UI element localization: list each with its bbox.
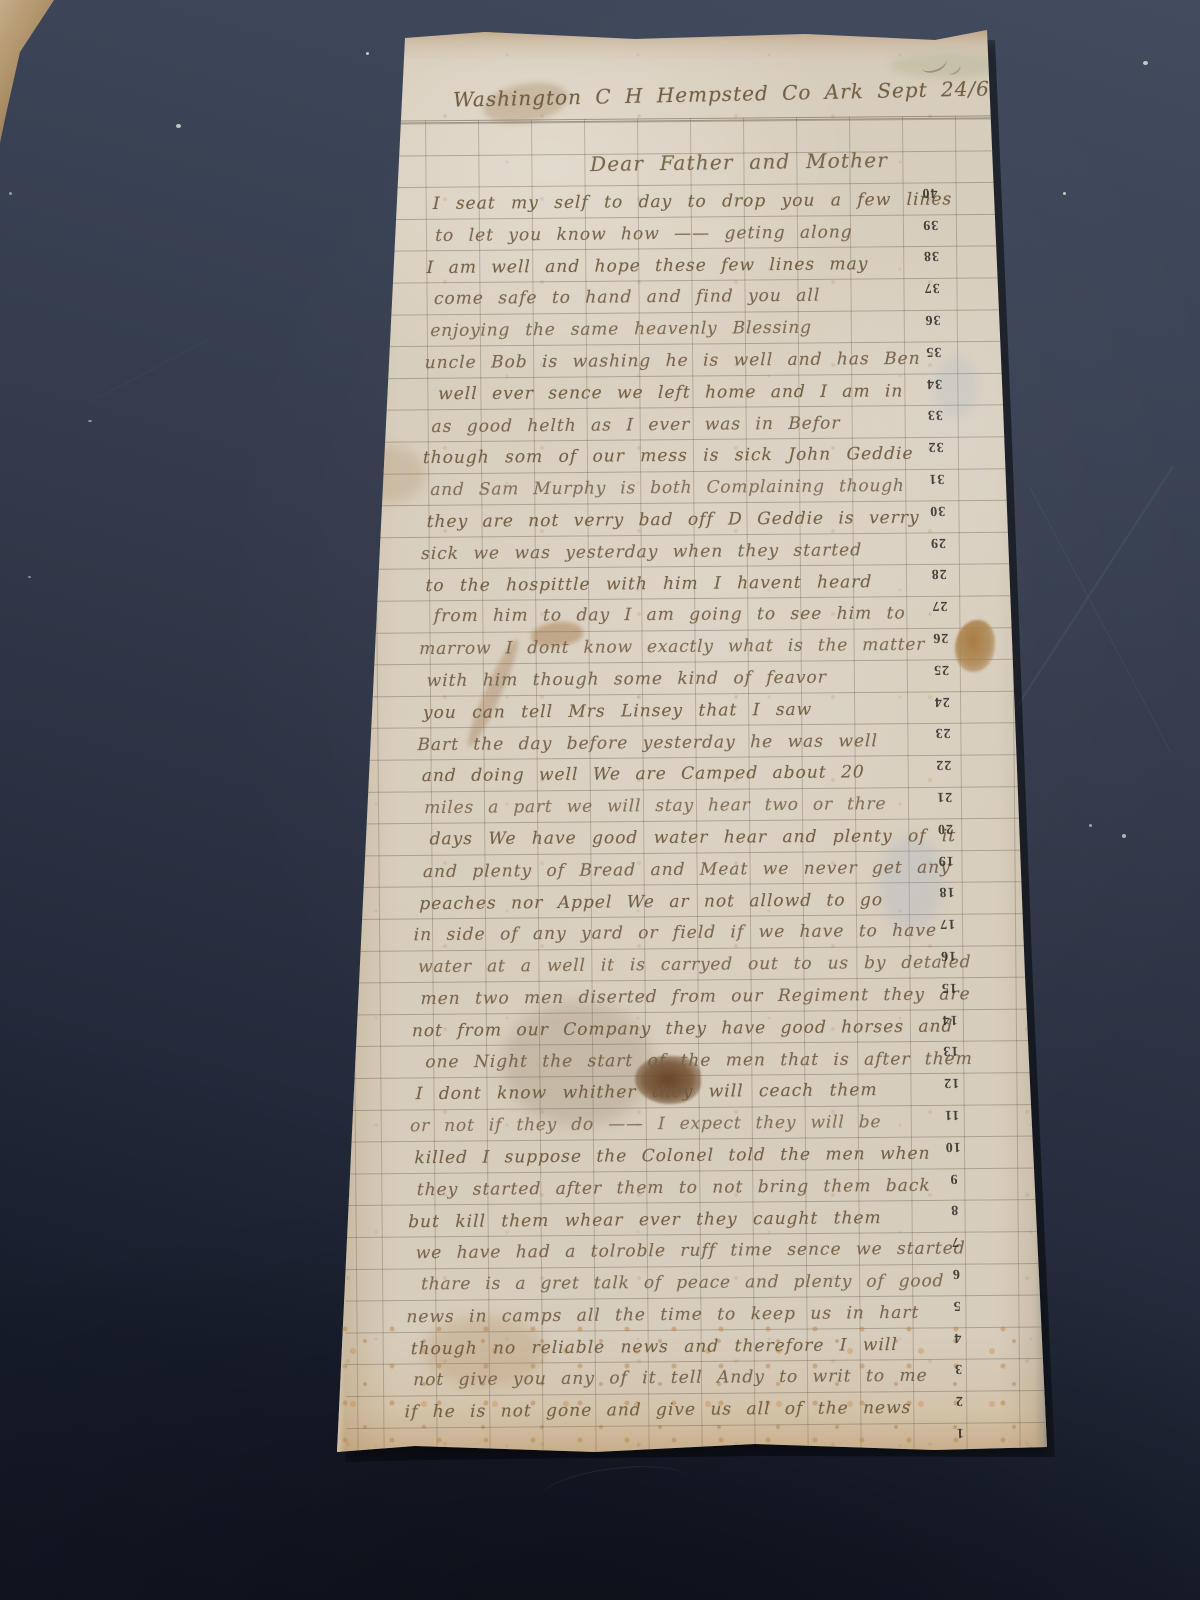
handwritten-line: not from our Company they have good hors… [412, 1016, 973, 1053]
handwritten-line: they started after them to not bring the… [416, 1175, 977, 1212]
handwritten-line: well ever sence we left home and I am in [438, 381, 999, 416]
handwritten-line: and doing well We are Camped about 20 [421, 762, 982, 799]
ledger-row-number: 16 [930, 939, 967, 971]
scratch-mark [1030, 487, 1172, 752]
ledger-row-number: 10 [934, 1130, 971, 1162]
handwritten-line: enjoying the same heavenly Blessing [430, 316, 991, 353]
ledger-row-number: 35 [915, 335, 952, 367]
ledger-row-number: 12 [933, 1066, 970, 1098]
handwritten-line: and plenty of Bread and Meat we never ge… [423, 857, 984, 894]
handwritten-line: I am well and hope these few lines may [426, 253, 987, 290]
handwritten-line: water at a well it is carryed out to us … [418, 952, 979, 989]
dust-speck [1089, 824, 1092, 827]
paper-edge-highlight [335, 26, 345, 1456]
ledger-row-number: 34 [916, 367, 953, 399]
ledger-row-number: 9 [935, 1162, 972, 1194]
dust-speck [1122, 834, 1126, 838]
handwritten-line: to the hospittle with him I havent heard [425, 571, 986, 608]
handwritten-line: in side of any yard or field if we have … [413, 921, 974, 958]
ledger-row-number: 22 [925, 748, 962, 780]
handwritten-line: marrow I dont know exactly what is the m… [419, 634, 980, 671]
handwritten-line: uncle Bob is washing he is well and has … [424, 348, 985, 385]
photo-scene: Washington C H Hempsted Co Ark Sept 24/6… [0, 0, 1200, 1600]
background-corner-object [0, 0, 70, 180]
ledger-row-number: 26 [922, 621, 959, 653]
handwritten-line: men two men diserted from our Regiment t… [420, 984, 981, 1021]
ledger-row-number: 33 [916, 398, 953, 430]
handwritten-line: killed I suppose the Colonel told the me… [414, 1143, 975, 1180]
letter-paper: Washington C H Hempsted Co Ark Sept 24/6… [335, 26, 1050, 1456]
ledger-row-number: 5 [938, 1289, 975, 1321]
handwritten-line: as good helth as I ever was in Befor [431, 412, 992, 449]
ledger-row-number: 39 [912, 208, 949, 240]
ledger-row-number: 40 [911, 176, 948, 208]
handwritten-line: Bart the day before yesterday he was wel… [417, 730, 978, 767]
dust-speck [366, 52, 369, 55]
handwritten-line: come safe to hand and find you all [434, 284, 995, 321]
ledger-row-number: 29 [920, 526, 957, 558]
ledger-row-number: 20 [927, 812, 964, 844]
ledger-row-number: 38 [913, 239, 950, 271]
ledger-row-number: 14 [931, 1003, 968, 1035]
handwritten-line: you can tell Mrs Linsey that I saw [423, 698, 984, 735]
handwritten-line: days We have good water hear and plenty … [429, 826, 990, 861]
ledger-row-number: 30 [919, 494, 956, 526]
ledger-row-number: 37 [913, 271, 950, 303]
handwritten-line: and Sam Murphy is both Complaining thoug… [430, 475, 991, 512]
ledger-row-number: 2 [941, 1384, 978, 1416]
dust-speck [28, 576, 31, 578]
handwritten-line: miles a part we will stay hear two or th… [424, 793, 985, 830]
dust-speck [88, 420, 92, 422]
handwritten-line: though som of our mess is sick John Gedd… [423, 444, 984, 481]
handwritten-line: with him though some kind of feavor [426, 666, 987, 703]
handwritten-line: from him to day I am going to see him to [433, 603, 994, 638]
ledger-row-number: 23 [924, 716, 961, 748]
dust-speck [176, 124, 181, 128]
ledger-row-number: 27 [921, 589, 958, 621]
handwritten-line: I dont know whither they will ceach them [415, 1080, 976, 1117]
handwritten-line: news in camps all the time to keep us in… [406, 1302, 967, 1339]
ledger-row-number: 11 [934, 1098, 971, 1130]
scratch-mark [538, 1459, 692, 1518]
handwritten-line: thare is a gret talk of peace and plenty… [421, 1271, 982, 1306]
handwritten-line: if he is not gone and give us all of the… [404, 1398, 965, 1435]
ledger-row-number: 8 [936, 1193, 973, 1225]
handwritten-line: or not if they do —— I expect they will … [410, 1111, 971, 1148]
handwritten-line: we have had a tolroble ruff time sence w… [415, 1239, 976, 1276]
handwritten-line: though no reliable news and therefore I … [410, 1334, 971, 1371]
ledger-row-number: 25 [923, 653, 960, 685]
ledger-row-number: 7 [937, 1225, 974, 1257]
ledger-row-number: 36 [914, 303, 951, 335]
ledger-row-number: 17 [929, 907, 966, 939]
ledger-row-number: 31 [918, 462, 955, 494]
ledger-row-number: 19 [927, 844, 964, 876]
handwritten-line: sick we was yesterday when they started [421, 539, 982, 576]
handwritten-line: they are not verry bad off D Geddie is v… [426, 507, 987, 544]
scratch-mark [88, 337, 212, 404]
ledger-row-number: 3 [940, 1352, 977, 1384]
ledger-row-number: 1 [941, 1416, 978, 1448]
ledger-row-number: 4 [939, 1321, 976, 1353]
ledger-row-number: 18 [928, 875, 965, 907]
dust-speck [9, 192, 12, 195]
ledger-row-number: 6 [937, 1257, 974, 1289]
handwritten-line: one Night the start of the men that is a… [425, 1048, 986, 1083]
dust-speck [1063, 192, 1066, 195]
handwritten-line: not give you any of it tell Andy to writ… [413, 1366, 974, 1403]
ledger-row-number: 24 [923, 685, 960, 717]
ledger-row-number: 13 [932, 1034, 969, 1066]
ledger-row-number: 15 [930, 971, 967, 1003]
handwritten-line: I seat my self to day to drop you a few … [432, 189, 993, 226]
ledger-row-number: 21 [926, 780, 963, 812]
ledger-row-number: 32 [917, 430, 954, 462]
handwritten-line: peaches nor Appel We ar not allowd to go [419, 889, 980, 926]
handwritten-line: but kill them whear ever they caught the… [408, 1207, 969, 1244]
letter-salutation: Dear Father and Mother [590, 148, 888, 176]
dust-speck [1143, 61, 1148, 65]
ledger-row-number: 28 [920, 557, 957, 589]
letter-body-lines: I seat my self to day to drop you a few … [409, 189, 993, 1434]
